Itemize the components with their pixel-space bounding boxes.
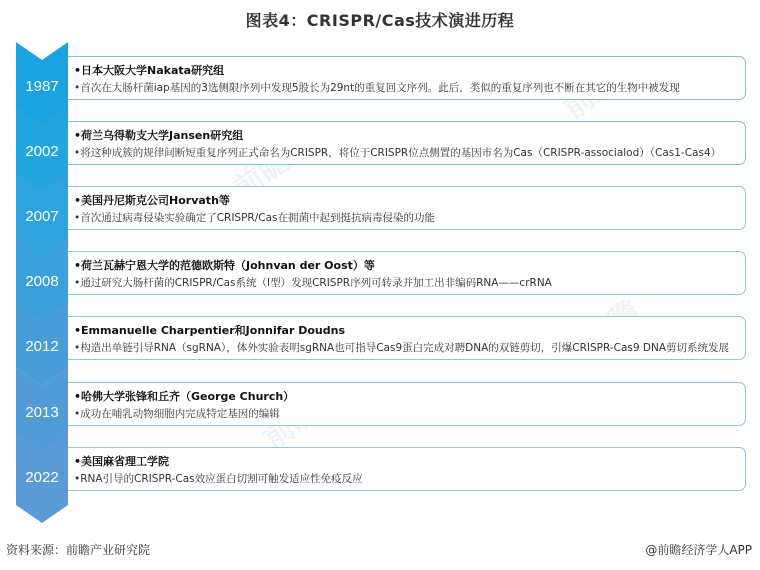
- milestone-actor: •日本大阪大学Nakata研究组: [74, 62, 224, 78]
- milestone-card: •哈佛大学张锋和丘齐（George Church）•成功在哺乳动物细胞内完成特定…: [68, 382, 746, 426]
- milestone-description: •首次通过病毒侵染实验确定了CRISPR/Cas在拥菌中起到挺抗病毒侵染的功能: [74, 210, 435, 225]
- milestone-year: 2012: [16, 338, 68, 355]
- timeline: 1987•日本大阪大学Nakata研究组•首次在大肠杆菌iap基因的3选侧限序列…: [0, 0, 760, 530]
- milestone-actor: •哈佛大学张锋和丘齐（George Church）: [74, 388, 294, 404]
- credit-note: @前瞻经济学人APP: [645, 541, 752, 558]
- milestone-actor: •美国麻省理工学院: [74, 453, 169, 469]
- timeline-row: 2002•荷兰乌得勒支大学Jansen研究组•将这种成簇的规律间断短重复序列正式…: [0, 107, 760, 172]
- source-note: 资料来源：前瞻产业研究院: [6, 541, 150, 558]
- milestone-year: 2022: [16, 469, 68, 486]
- timeline-row: 2008•荷兰瓦赫宁恩大学的范德欧斯特（Johnvan der Oost）等•通…: [0, 237, 760, 302]
- timeline-row: 2013•哈佛大学张锋和丘齐（George Church）•成功在哺乳动物细胞内…: [0, 368, 760, 433]
- milestone-year: 2002: [16, 143, 68, 160]
- milestone-year: 1987: [16, 78, 68, 95]
- milestone-card: •美国丹尼斯克公司Horvath等•首次通过病毒侵染实验确定了CRISPR/Ca…: [68, 186, 746, 230]
- milestone-card: •荷兰乌得勒支大学Jansen研究组•将这种成簇的规律间断短重复序列正式命名为C…: [68, 121, 746, 165]
- milestone-actor: •Emmanuelle Charpentier和Jonnifar Doudns: [74, 322, 345, 338]
- milestone-description: •构造出单链引导RNA（sgRNA），体外实验表明sgRNA也可指导Cas9蛋白…: [74, 340, 729, 355]
- milestone-year: 2013: [16, 404, 68, 421]
- milestone-year: 2007: [16, 208, 68, 225]
- milestone-description: •首次在大肠杆菌iap基因的3选侧限序列中发现5股长为29nt的重复回文序列。此…: [74, 80, 680, 95]
- milestone-card: •美国麻省理工学院•RNA引导的CRISPR-Cas效应蛋白切割可触发适应性免疫…: [68, 447, 746, 491]
- milestone-description: •通过研究大肠杆菌的CRISPR/Cas系统（I型）发现CRISPR序列可转录并…: [74, 275, 552, 290]
- milestone-description: •成功在哺乳动物细胞内完成特定基因的编辑: [74, 406, 280, 421]
- timeline-row: 2012•Emmanuelle Charpentier和Jonnifar Dou…: [0, 302, 760, 367]
- timeline-row: 2022•美国麻省理工学院•RNA引导的CRISPR-Cas效应蛋白切割可触发适…: [0, 433, 760, 498]
- milestone-description: •将这种成簇的规律间断短重复序列正式命名为CRISPR，将位于CRISPR位点侧…: [74, 145, 721, 160]
- milestone-card: •Emmanuelle Charpentier和Jonnifar Doudns•…: [68, 316, 746, 360]
- milestone-card: •荷兰瓦赫宁恩大学的范德欧斯特（Johnvan der Oost）等•通过研究大…: [68, 251, 746, 295]
- timeline-row: 1987•日本大阪大学Nakata研究组•首次在大肠杆菌iap基因的3选侧限序列…: [0, 42, 760, 107]
- milestone-actor: •荷兰瓦赫宁恩大学的范德欧斯特（Johnvan der Oost）等: [74, 257, 375, 273]
- milestone-card: •日本大阪大学Nakata研究组•首次在大肠杆菌iap基因的3选侧限序列中发现5…: [68, 56, 746, 100]
- milestone-year: 2008: [16, 273, 68, 290]
- milestone-actor: •荷兰乌得勒支大学Jansen研究组: [74, 127, 243, 143]
- timeline-row: 2007•美国丹尼斯克公司Horvath等•首次通过病毒侵染实验确定了CRISP…: [0, 172, 760, 237]
- milestone-actor: •美国丹尼斯克公司Horvath等: [74, 192, 230, 208]
- milestone-description: •RNA引导的CRISPR-Cas效应蛋白切割可触发适应性免疫反应: [74, 471, 363, 486]
